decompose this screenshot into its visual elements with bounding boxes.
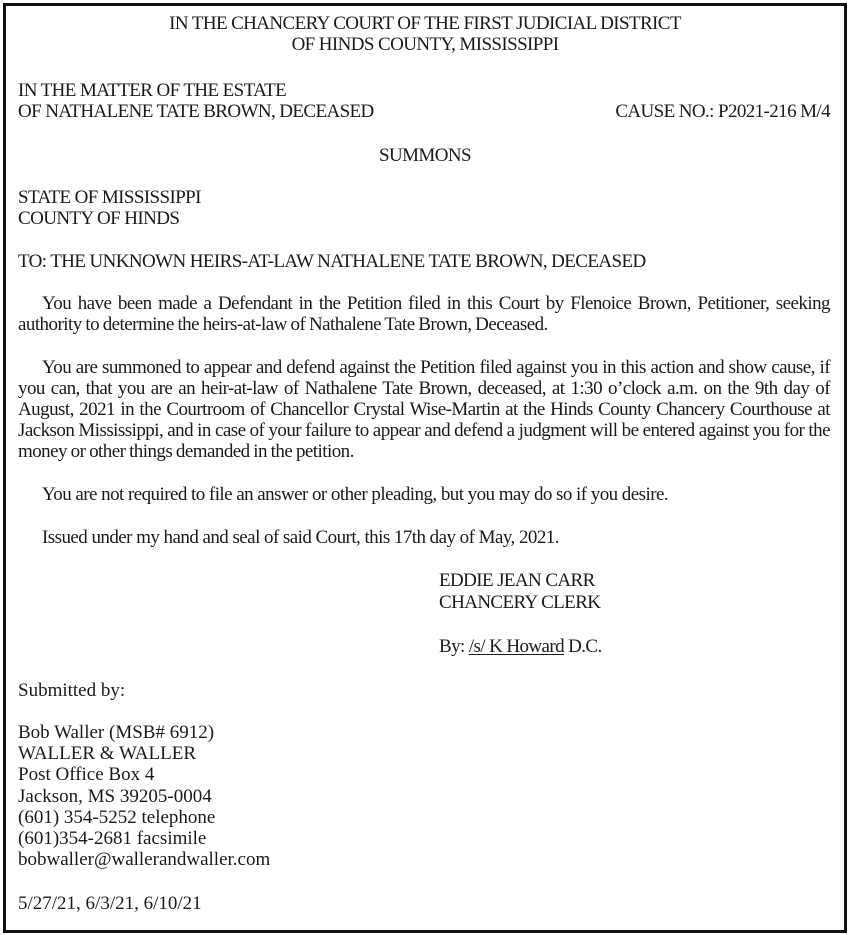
firm-email: bobwaller@wallerandwaller.com <box>18 849 270 870</box>
deputy-clerk-suffix: D.C. <box>564 636 602 657</box>
clerk-name: EDDIE JEAN CARR <box>439 570 595 591</box>
firm-po-box: Post Office Box 4 <box>18 764 154 785</box>
court-heading-line-1: IN THE CHANCERY COURT OF THE FIRST JUDIC… <box>0 13 850 34</box>
venue-county: COUNTY OF HINDS <box>18 208 179 229</box>
paragraph-issued: Issued under my hand and seal of said Co… <box>42 527 559 548</box>
addressee-line: TO: THE UNKNOWN HEIRS-AT-LAW NATHALENE T… <box>18 251 646 272</box>
publication-dates: 5/27/21, 6/3/21, 6/10/21 <box>18 893 202 914</box>
venue-state: STATE OF MISSISSIPPI <box>18 187 201 208</box>
deputy-clerk-signature: /s/ K Howard <box>469 636 564 657</box>
by-label: By: <box>439 636 469 657</box>
summons-notice: IN THE CHANCERY COURT OF THE FIRST JUDIC… <box>0 0 850 935</box>
firm-facsimile: (601)354-2681 facsimile <box>18 828 206 849</box>
deputy-clerk-signature-line: By: /s/ K Howard D.C. <box>439 636 602 657</box>
law-firm-name: WALLER & WALLER <box>18 743 196 764</box>
matter-line-2: OF NATHALENE TATE BROWN, DECEASED <box>18 101 374 122</box>
paragraph-no-answer-required: You are not required to file an answer o… <box>42 484 668 505</box>
matter-line-1: IN THE MATTER OF THE ESTATE <box>18 80 286 101</box>
court-heading-line-2: OF HINDS COUNTY, MISSISSIPPI <box>0 34 850 55</box>
firm-city-state-zip: Jackson, MS 39205-0004 <box>18 786 212 807</box>
paragraph-defendant-notice: You have been made a Defendant in the Pe… <box>18 293 830 335</box>
paragraph-summons-details: You are summoned to appear and defend ag… <box>18 357 830 462</box>
attorney-name: Bob Waller (MSB# 6912) <box>18 722 214 743</box>
document-title: SUMMONS <box>0 145 850 166</box>
firm-telephone: (601) 354-5252 telephone <box>18 807 215 828</box>
submitted-by-label: Submitted by: <box>18 680 125 701</box>
cause-number: CAUSE NO.: P2021-216 M/4 <box>615 101 830 122</box>
clerk-title: CHANCERY CLERK <box>439 592 600 613</box>
